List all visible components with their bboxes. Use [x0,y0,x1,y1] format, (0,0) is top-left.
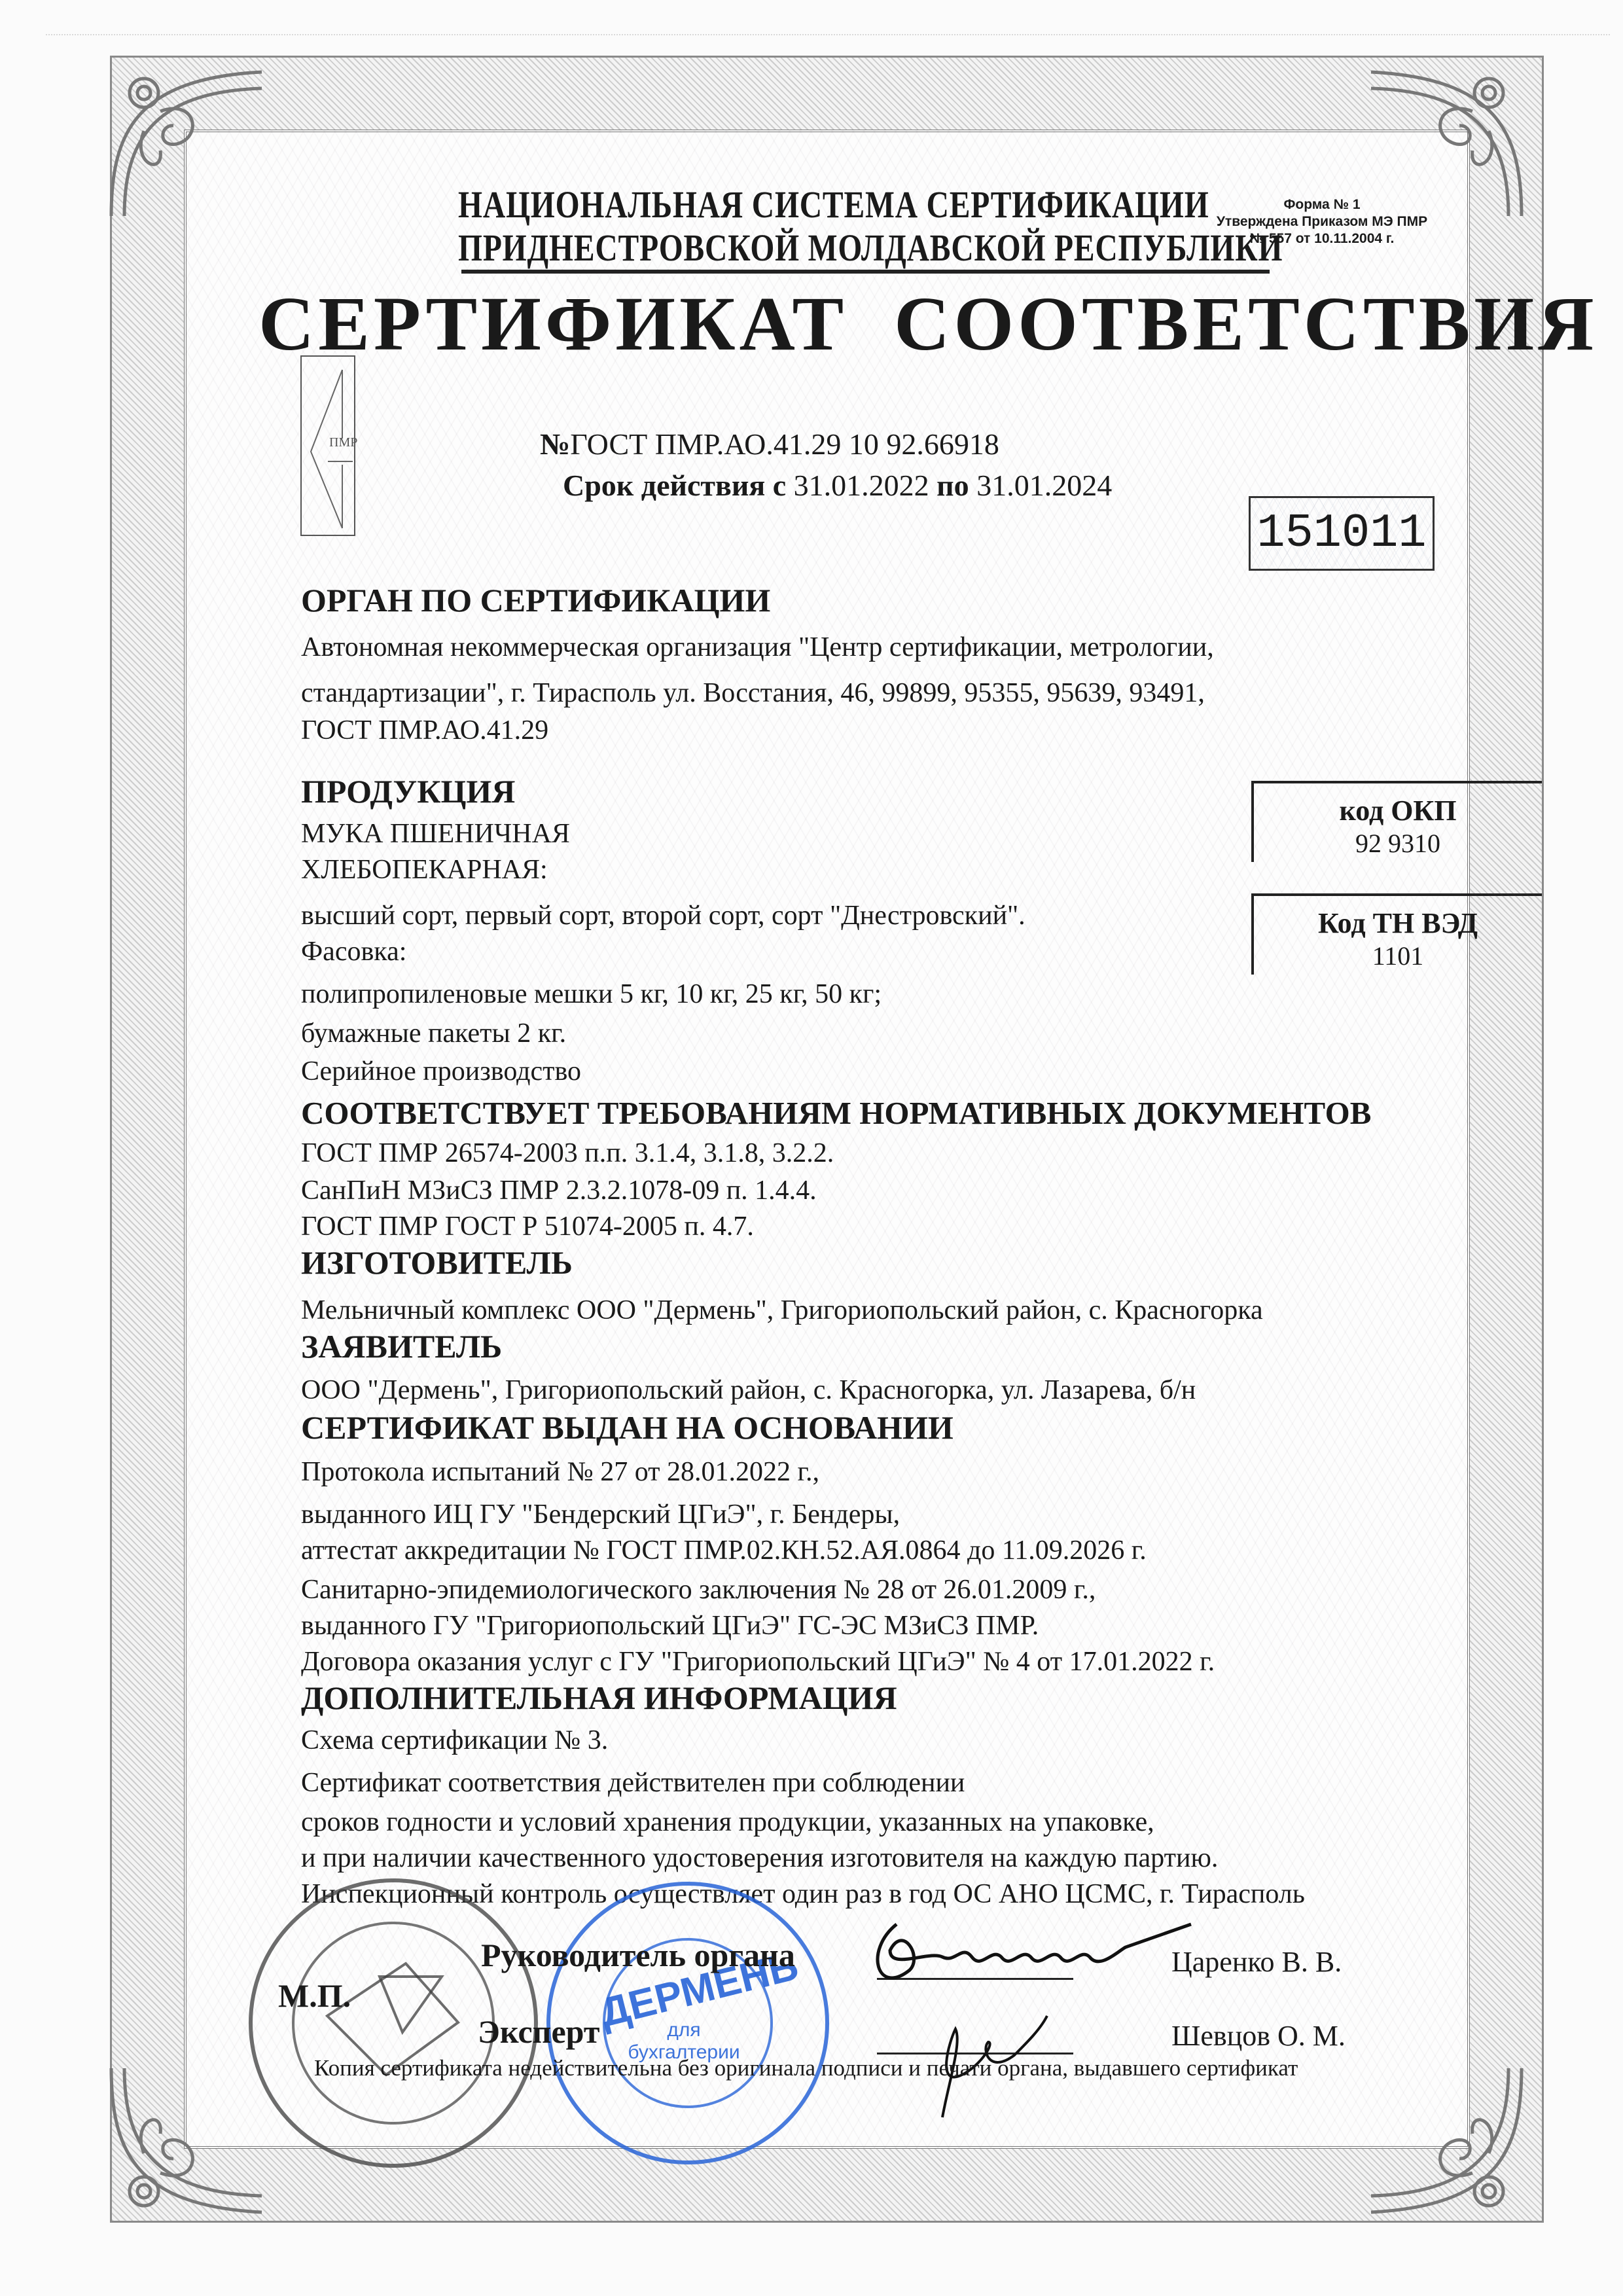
basis-line: Договора оказания услуг с ГУ "Григориопо… [301,1646,1215,1677]
form-note: Форма № 1 Утверждена Приказом МЭ ПМР № 5… [1217,196,1427,247]
section-heading-applicant: ЗАЯВИТЕЛЬ [301,1327,502,1365]
head-label: Руководитель органа [481,1936,795,1974]
section-heading-additional: ДОПОЛНИТЕЛЬНАЯ ИНФОРМАЦИЯ [301,1679,897,1717]
basis-line: выданного ГУ "Григориопольский ЦГиЭ" ГС-… [301,1610,1039,1641]
section-heading-certification-body: ОРГАН ПО СЕРТИФИКАЦИИ [301,581,770,619]
title-underline [461,270,1270,274]
product-line: МУКА ПШЕНИЧНАЯ [301,818,570,850]
section-heading-basis: СЕРТИФИКАТ ВЫДАН НА ОСНОВАНИИ [301,1408,954,1446]
pmr-conformity-mark-icon: ПМР [300,355,355,536]
body-line: стандартизации", г. Тирасполь ул. Восста… [301,677,1205,709]
okp-code-box: код ОКП 92 9310 [1251,781,1542,862]
basis-line: аттестат аккредитации № ГОСТ ПМР.02.КН.5… [301,1535,1147,1566]
section-heading-conformity: СООТВЕТСТВУЕТ ТРЕБОВАНИЯМ НОРМАТИВНЫХ ДО… [301,1094,1371,1132]
basis-line: Санитарно-эпидемиологического заключения… [301,1574,1096,1605]
additional-line: сроков годности и условий хранения проду… [301,1806,1154,1838]
okp-value: 92 9310 [1254,829,1542,858]
scan-edge-line [46,34,1610,35]
body-line: ГОСТ ПМР.АО.41.29 [301,715,548,746]
additional-line: Инспекционный контроль осуществляет один… [301,1878,1305,1910]
additional-line: Сертификат соответствия действителен при… [301,1767,965,1799]
head-name: Царенко В. В. [1171,1945,1342,1979]
validity-label: Срок действия с [563,469,786,502]
basis-line: выданного ИЦ ГУ "Бендерский ЦГиЭ", г. Бе… [301,1499,900,1530]
expert-name: Шевцов О. М. [1171,2019,1346,2053]
expert-label: Эксперт [478,2013,599,2051]
form-order: № 557 от 10.11.2004 г. [1217,230,1427,247]
form-approval: Утверждена Приказом МЭ ПМР [1217,213,1427,230]
basis-line: Протокола испытаний № 27 от 28.01.2022 г… [301,1456,819,1488]
product-line: Фасовка: [301,936,406,967]
product-line: Серийное производство [301,1056,581,1087]
manufacturer-line: Мельничный комплекс ООО "Дермень", Григо… [301,1295,1263,1326]
document-title: СЕРТИФИКАТ СООТВЕТСТВИЯ [259,281,1597,367]
system-title-line-1: НАЦИОНАЛЬНАЯ СИСТЕМА СЕРТИФИКАЦИИ [458,183,1283,226]
number-value: ГОСТ ПМР.АО.41.29 10 92.66918 [570,427,999,461]
valid-from: 31.01.2022 [794,469,929,502]
system-title-line-2: ПРИДНЕСТРОВСКОЙ МОЛДАВСКОЙ РЕСПУБЛИКИ [458,226,1283,270]
additional-line: и при наличии качественного удостоверени… [301,1842,1218,1874]
form-number: Форма № 1 [1217,196,1427,213]
conformity-line: ГОСТ ПМР ГОСТ Р 51074-2005 п. 4.7. [301,1211,754,1242]
certificate-number: №ГОСТ ПМР.АО.41.29 10 92.66918 [540,427,999,461]
head-signature-line [877,1978,1073,1980]
conformity-line: СанПиН МЗиСЗ ПМР 2.3.2.1078-09 п. 1.4.4. [301,1175,817,1206]
validity-to-label: по [936,469,969,502]
certification-system-title: НАЦИОНАЛЬНАЯ СИСТЕМА СЕРТИФИКАЦИИ ПРИДНЕ… [458,183,1283,270]
number-label: № [540,427,570,461]
additional-line: Схема сертификации № 3. [301,1725,608,1756]
tnved-label: Код ТН ВЭД [1254,905,1542,942]
expert-signature-line [877,2053,1073,2054]
tnved-value: 1101 [1254,942,1542,971]
logo-text: ПМР [329,435,357,450]
serial-number: 151011 [1249,496,1435,571]
conformity-line: ГОСТ ПМР 26574-2003 п.п. 3.1.4, 3.1.8, 3… [301,1138,834,1169]
section-heading-product: ПРОДУКЦИЯ [301,772,515,810]
validity-period: Срок действия с 31.01.2022 по 31.01.2024 [563,468,1112,503]
product-line: ХЛЕБОПЕКАРНАЯ: [301,854,548,886]
tnved-code-box: Код ТН ВЭД 1101 [1251,893,1542,975]
section-heading-manufacturer: ИЗГОТОВИТЕЛЬ [301,1244,573,1282]
applicant-line: ООО "Дермень", Григориопольский район, с… [301,1374,1196,1406]
product-line: бумажные пакеты 2 кг. [301,1018,566,1049]
body-line: Автономная некоммерческая организация "Ц… [301,632,1214,663]
valid-to: 31.01.2024 [976,469,1112,502]
product-line: полипропиленовые мешки 5 кг, 10 кг, 25 к… [301,978,882,1010]
okp-label: код ОКП [1254,793,1542,829]
copy-validity-note: Копия сертификата недействительна без ор… [314,2055,1298,2081]
stamp-place-label: М.П. [278,1977,351,2015]
product-line: высший сорт, первый сорт, второй сорт, с… [301,900,1026,931]
